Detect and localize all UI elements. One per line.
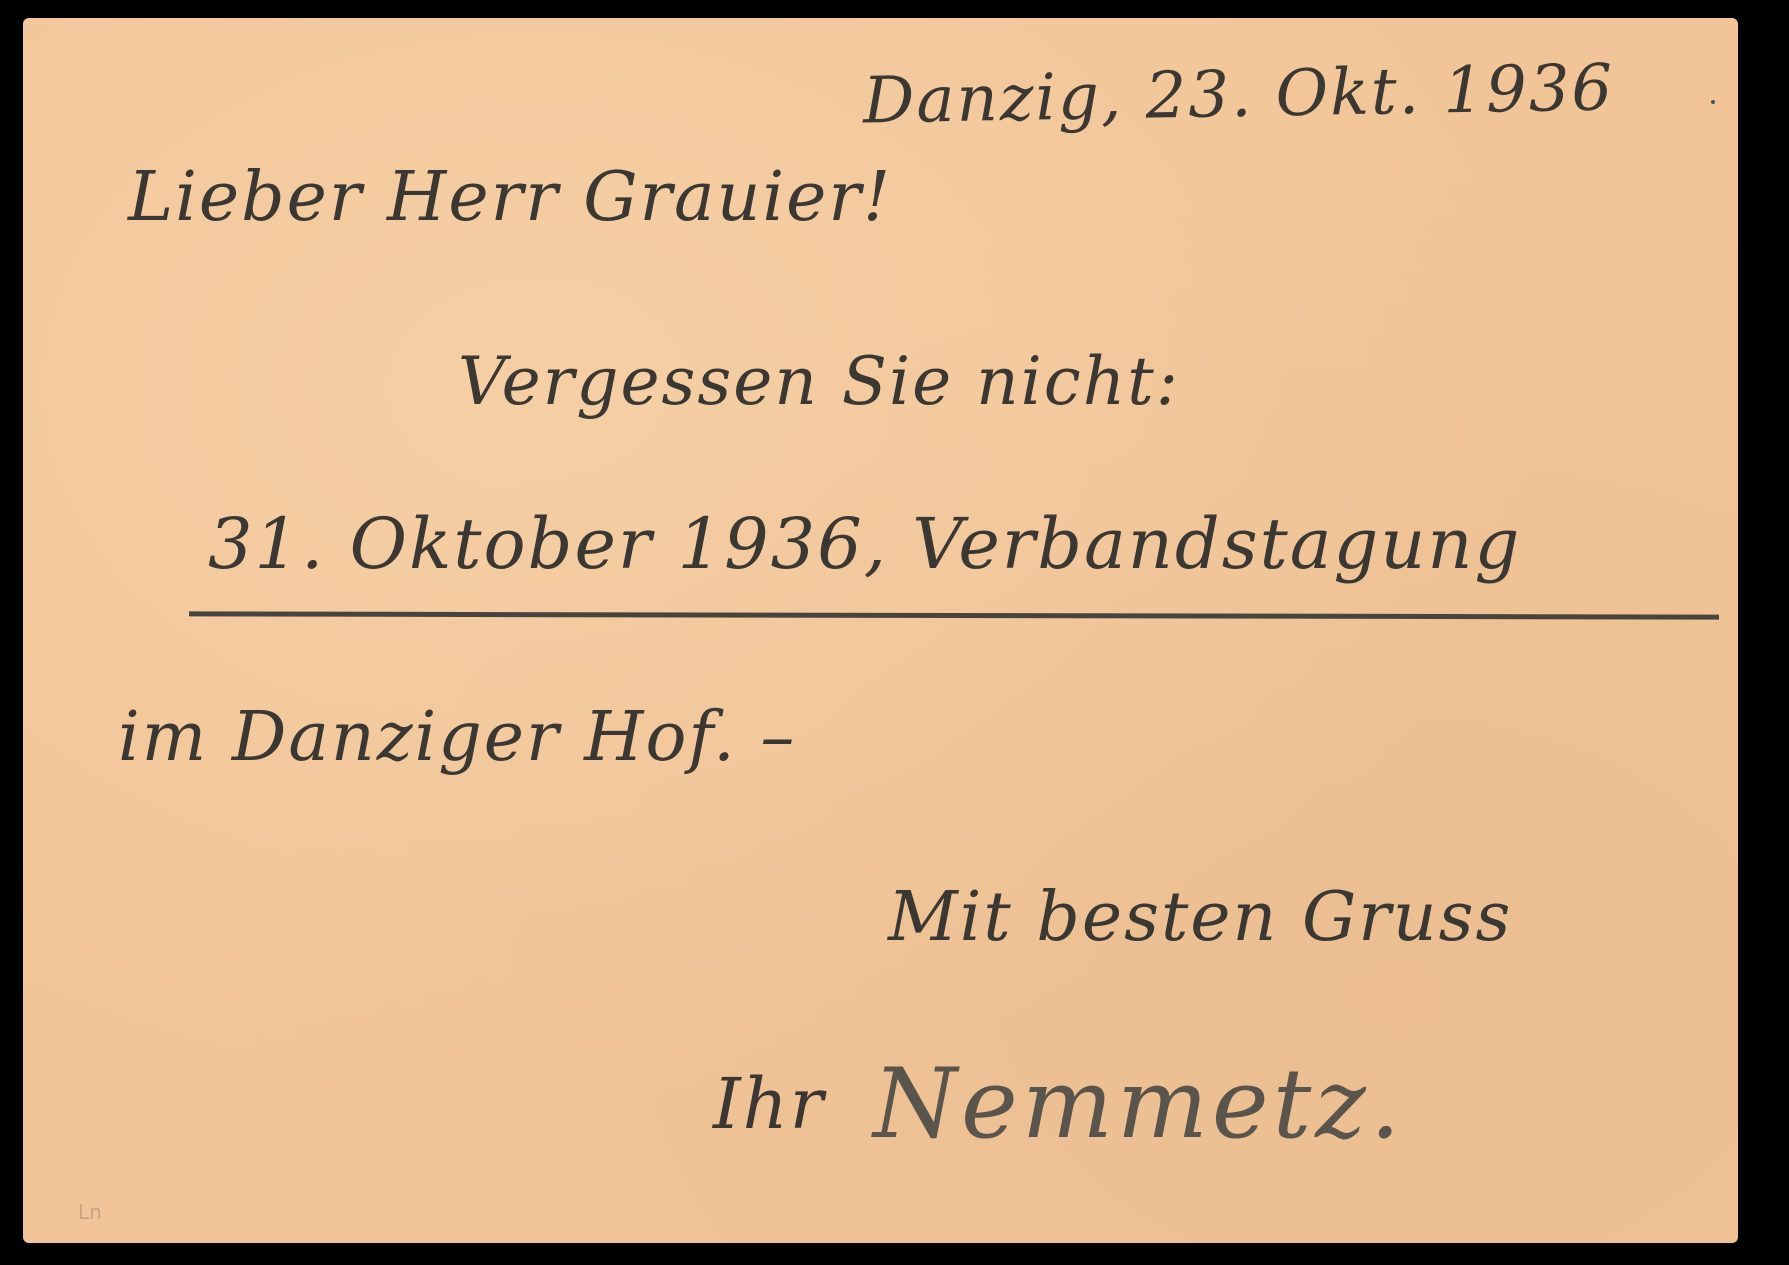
- pencil-corner-mark: Ln: [78, 1200, 102, 1224]
- salutation: Lieber Herr Grauier!: [128, 158, 892, 237]
- body-line-3: im Danziger Hof. –: [118, 698, 796, 777]
- body-line-1: Vergessen Sie nicht:: [458, 343, 1180, 420]
- underline-rule: [189, 611, 1719, 619]
- signature-prefix: Ihr: [713, 1063, 825, 1145]
- postcard: Danzig, 23. Okt. 1936 Lieber Herr Grauie…: [23, 18, 1738, 1243]
- place-date: Danzig, 23. Okt. 1936: [862, 51, 1614, 138]
- body-line-2: 31. Oktober 1936, Verbandstagung: [208, 503, 1521, 585]
- closing: Mit besten Gruss: [888, 878, 1512, 957]
- ink-dot: [1711, 100, 1715, 104]
- signature: Nemmetz.: [873, 1048, 1404, 1160]
